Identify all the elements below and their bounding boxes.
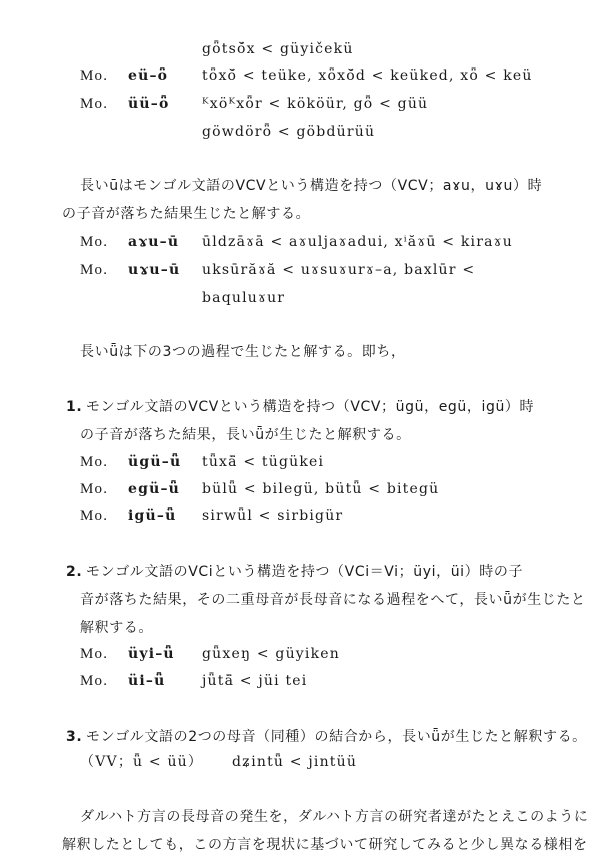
mo-label: Mo. [80,67,128,85]
example-text: sirwǖl < sirbigür [202,507,343,525]
example-text: gȫtsŏ̆x < güyičekü [202,40,354,58]
example-line: Mo.üi–ǖjǖtā̈ < jüi tei [80,672,307,690]
mo-label: Mo. [80,453,128,471]
mo-label: Mo. [80,672,128,690]
mo-label: Mo. [80,645,128,663]
item-text: モンゴル文語のVCVという構造を持つ（VCV；ügü，egü，igü）時 [86,399,534,415]
pattern-text: egü–ǖ [128,480,202,498]
pattern-text: eü–ȫ [128,67,202,85]
example-line: Mo.eü–ȫtȫxŏ̆ < teüke, xȫxŏ̆d < keüked, x… [80,67,533,85]
item-text: モンゴル文語の2つの母音（同種）の結合から，長いǖが生じたと解釈する。 [86,729,587,745]
paragraph-line: ダルハト方言の長母音の発生を，ダルハト方言の研究者達がたとえこのように [80,808,588,826]
pattern-text: igü–ǖ [128,507,202,525]
pattern-text: uɤu–ū [128,261,202,279]
example-text: dʑintǖ < jintüü [232,753,357,771]
example-line: （VV；ǖ < üü）dʑintǖ < jintüü [80,753,357,771]
mo-label: Mo. [80,233,128,251]
paragraph-line: 解釈したとしても，この方言を現状に基づいて研究してみると少し異なる様相を [62,836,588,854]
mo-label: Mo. [80,95,128,113]
example-text: ᴷxöᴷxȫr < kököür, gȫ < güü [202,95,428,113]
pattern-text: üü–ȫ [128,95,202,113]
example-line: Mo.aɤu–ūūldzāɤā < aɤuljaɤadui, xⁱăɤū < k… [80,233,513,251]
mo-label: Mo. [80,261,128,279]
pattern-text: üyi–ǖ [128,645,202,663]
example-text: göwdörȫ < göbdürüü [202,123,375,141]
item-number: 2. [66,563,86,581]
example-text: baquluɤur [202,289,285,307]
example-text: gǖxeŋ < güyiken [202,645,340,663]
example-text: jǖtā̈ < jüi tei [202,672,307,690]
example-text: uksūrăɤă < uɤsuɤurɤ–a, baxlūr < [202,261,475,279]
formula-text: （VV；ǖ < üü） [80,753,232,771]
list-item-3: 3.モンゴル文語の2つの母音（同種）の結合から，長いǖが生じたと解釈する。 [66,728,587,746]
mo-label: Mo. [80,480,128,498]
example-line: baquluɤur [202,289,285,307]
document-page: gȫtsŏ̆x < güyičekü Mo.eü–ȫtȫxŏ̆ < teüke,… [0,0,600,861]
mo-label: Mo. [80,507,128,525]
paragraph-line: の子音が落ちた結果生じたと解する。 [62,205,310,223]
example-line: göwdörȫ < göbdürüü [202,123,375,141]
paragraph-line: の子音が落ちた結果，長いǖが生じたと解釈する。 [80,426,411,444]
item-number: 1. [66,398,86,416]
example-text: tȫxŏ̆ < teüke, xȫxŏ̆d < keüked, xȫ < keü [202,67,533,85]
example-line: Mo.üü–ȫᴷxöᴷxȫr < kököür, gȫ < güü [80,95,428,113]
example-line: Mo.uɤu–ūuksūrăɤă < uɤsuɤurɤ–a, baxlūr < [80,261,475,279]
item-text: モンゴル文語のVCiという構造を持つ（VCi＝Vi；üyi，üi）時の子 [86,564,523,580]
pattern-text: aɤu–ū [128,233,202,251]
paragraph-line: 長いūはモンゴル文語のVCVという構造を持つ（VCV；aɤu，uɤu）時 [80,177,542,195]
list-item-2: 2.モンゴル文語のVCiという構造を持つ（VCi＝Vi；üyi，üi）時の子 [66,563,523,581]
paragraph-line: 解釈する。 [80,619,153,637]
example-text: ūldzāɤā < aɤuljaɤadui, xⁱăɤū < kiraɤu [202,233,513,251]
list-item-1: 1.モンゴル文語のVCVという構造を持つ（VCV；ügü，egü，igü）時 [66,398,534,416]
item-number: 3. [66,728,86,746]
example-line: Mo.igü–ǖsirwǖl < sirbigür [80,507,343,525]
paragraph-line: 長いǖは下の3つの過程で生じたと解する。即ち， [80,343,406,361]
pattern-text: üi–ǖ [128,672,202,690]
example-line: gȫtsŏ̆x < güyičekü [202,40,354,58]
pattern-text: ügü–ǖ [128,453,202,471]
paragraph-line: 音が落ちた結果，その二重母音が長母音になる過程をへて，長いǖが生じたと [80,591,586,609]
example-line: Mo.üyi–ǖgǖxeŋ < güyiken [80,645,340,663]
example-line: Mo.egü–ǖbülǖ < bilegü, bütǖ < bitegü [80,480,439,498]
example-text: bülǖ < bilegü, bütǖ < bitegü [202,480,439,498]
example-line: Mo.ügü–ǖtǖxā̈ < tügükei [80,453,324,471]
example-text: tǖxā̈ < tügükei [202,453,324,471]
